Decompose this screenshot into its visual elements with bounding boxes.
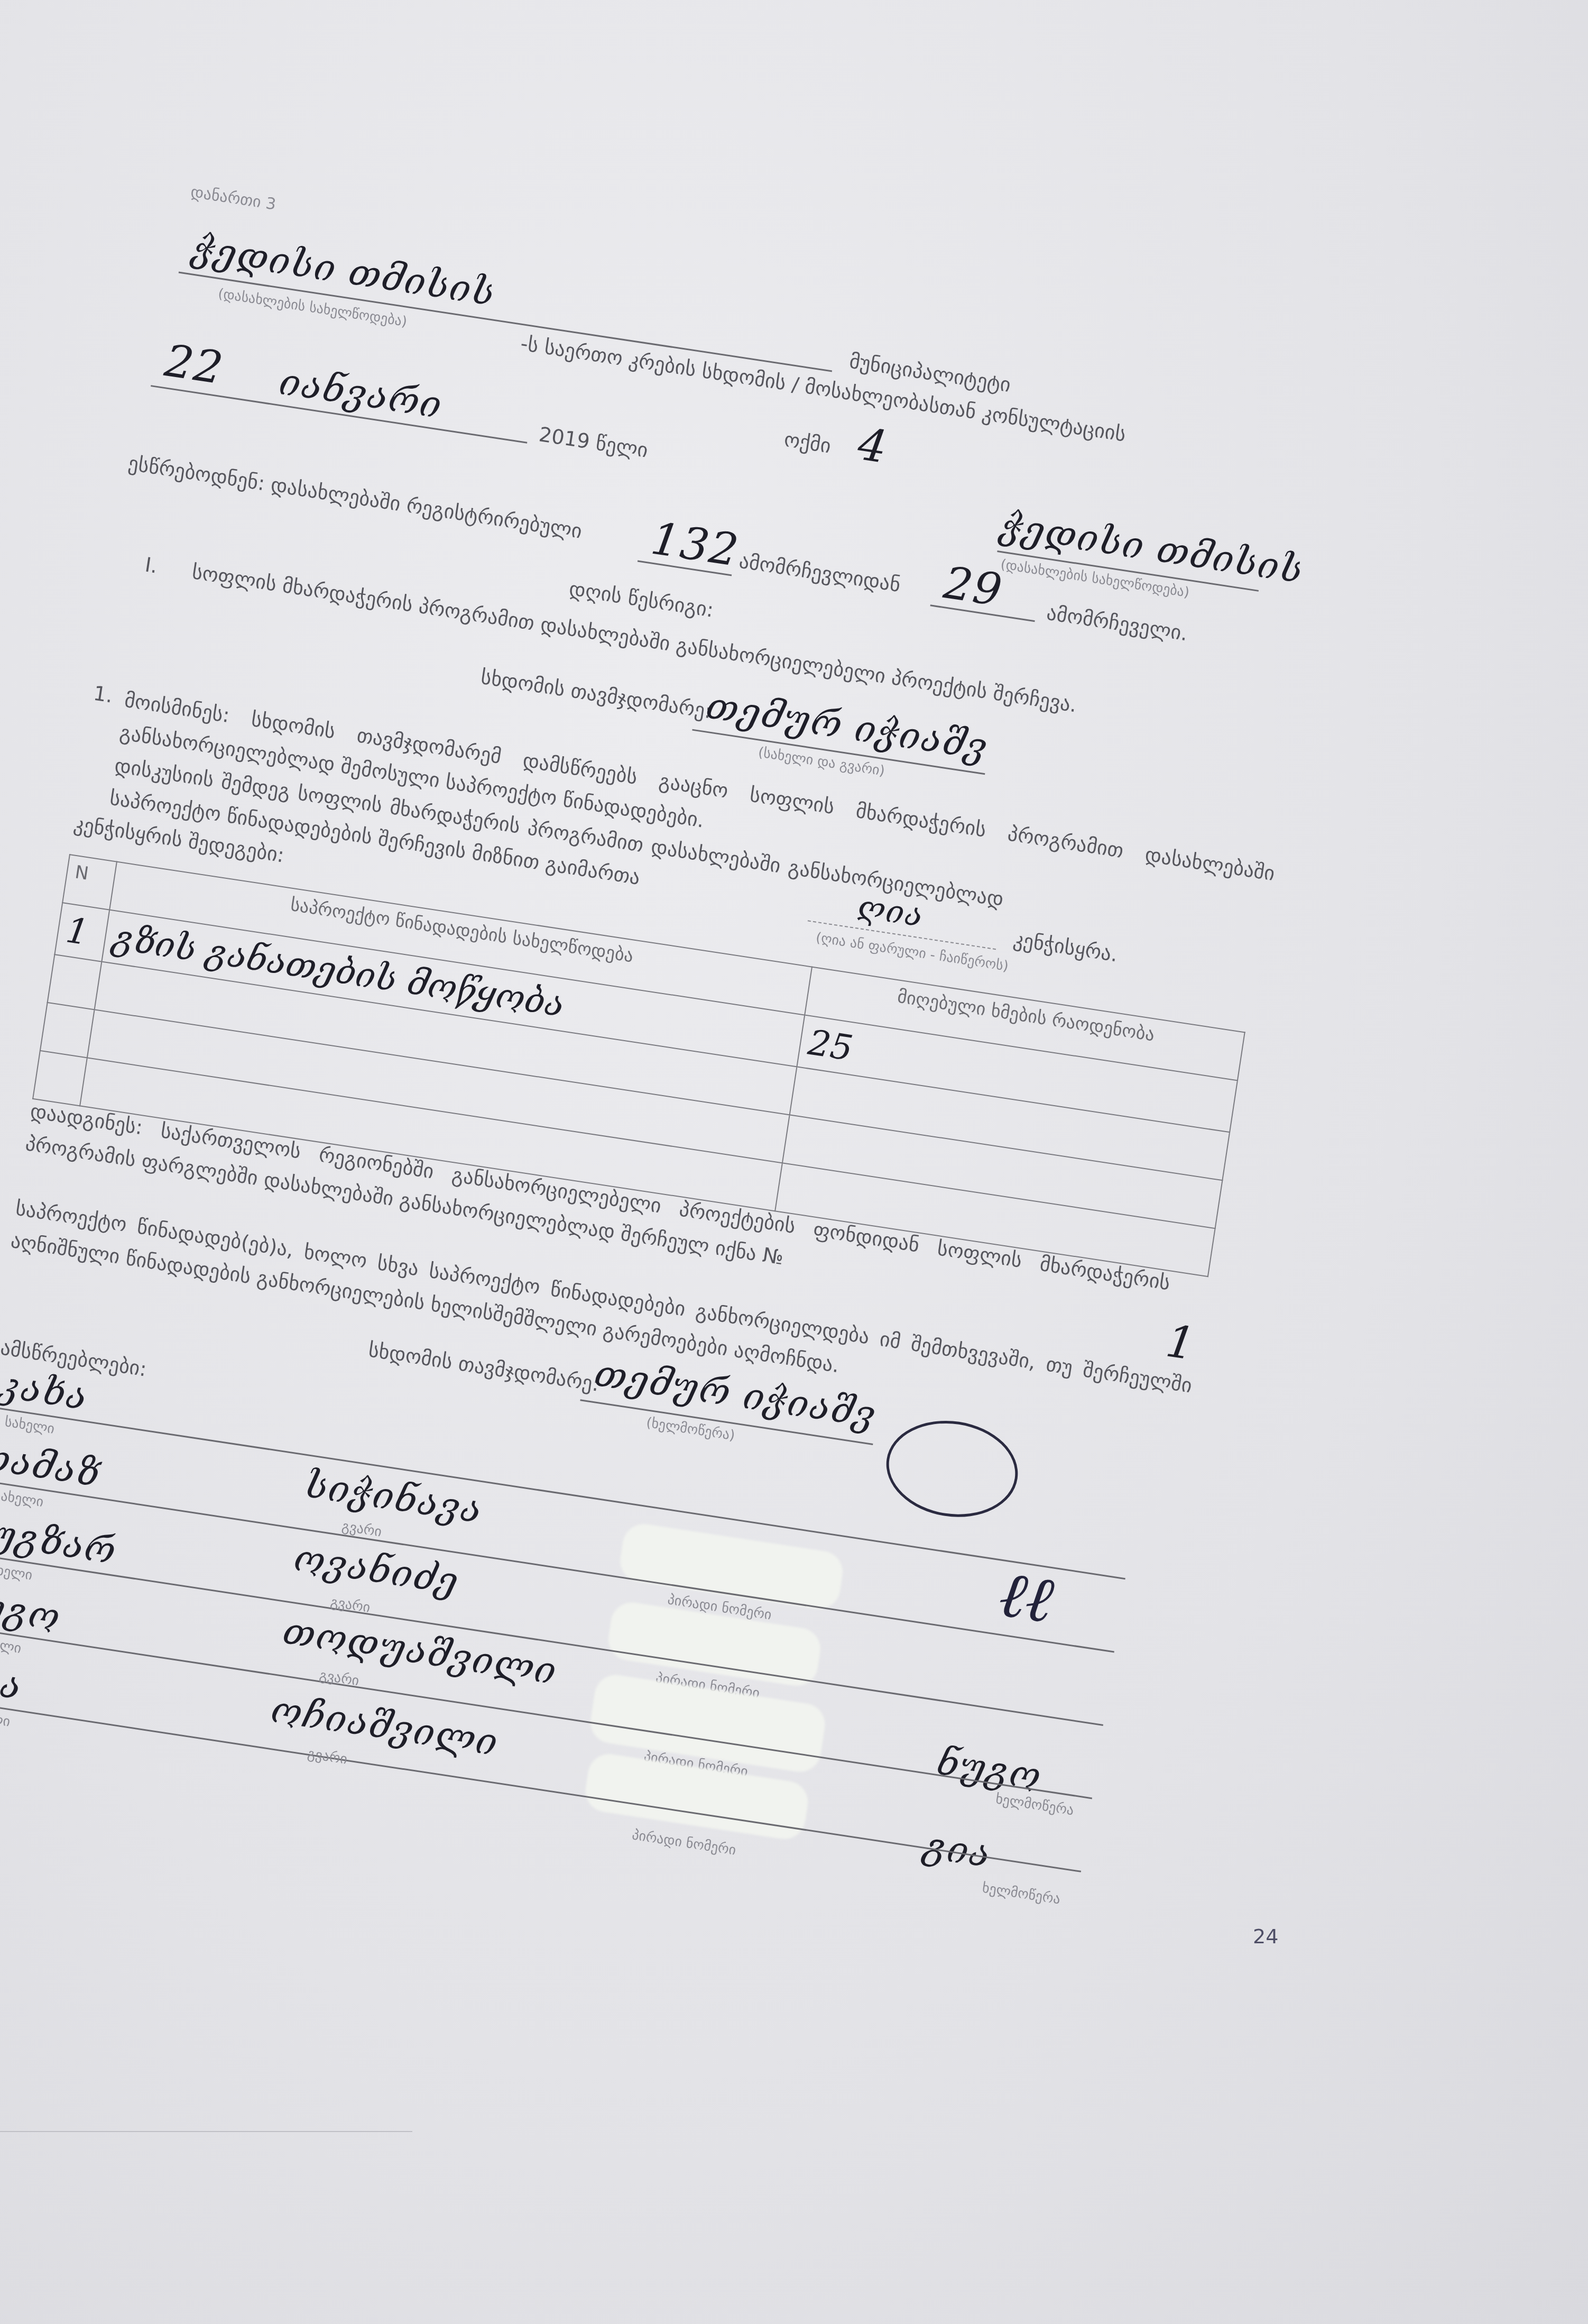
witness-first-name: ნუგზარ xyxy=(0,1508,119,1573)
witness-signature: ნუგო xyxy=(934,1740,1045,1798)
witness-row-line xyxy=(0,1550,1103,1726)
last-name-caption: გვარი xyxy=(329,1594,371,1616)
protocol-page: დანართი 3 ჭედისი თმისის მუნიციპალიტეტი (… xyxy=(0,159,1377,2171)
witness-last-name: სიჭინავა xyxy=(302,1463,485,1532)
photographed-sheet: დანართი 3 ჭედისი თმისის მუნიციპალიტეტი (… xyxy=(0,0,1588,2324)
personal-id-caption: პირადი ნომერი xyxy=(631,1827,737,1858)
row-n: 1 xyxy=(54,903,109,961)
scan-edge-line xyxy=(0,2131,412,2132)
witness-first-name: გია xyxy=(0,1656,25,1708)
attendance-suffix: ამომრჩეველი. xyxy=(1045,601,1189,646)
registered-voters: 132 xyxy=(648,512,743,577)
meeting-type: -ს საერთო კრების სხდომის / მოსახლეობასთა… xyxy=(519,332,1128,446)
settlement-underline xyxy=(179,272,832,372)
signature-caption: ხელმოწერა xyxy=(981,1880,1061,1907)
witness-signature: გია xyxy=(921,1824,994,1877)
last-name-caption: გვარი xyxy=(318,1667,360,1689)
last-name-caption: გვარი xyxy=(341,1519,383,1540)
chair-label: სხდომის თავმჯდომარე: xyxy=(479,665,714,723)
first-name-caption: სახელი xyxy=(0,1633,22,1657)
attendance-label: ესწრებოდნენ: დასახლებაში რეგისტრირებული xyxy=(127,452,584,543)
witness-last-name: ოვანიძე xyxy=(291,1536,462,1603)
witness-row-line xyxy=(0,1697,1081,1872)
vote-suffix: კენჭისყრა. xyxy=(1012,927,1119,966)
protocol-number: 4 xyxy=(855,418,891,473)
first-name-caption: სახელი xyxy=(0,1487,44,1510)
agenda-item-number: I. xyxy=(143,553,159,578)
chair-signature-caption: (ხელმოწერა) xyxy=(645,1415,736,1444)
attendance-middle: ამომრჩევლიდან xyxy=(737,549,902,597)
first-name-caption: სახელი xyxy=(0,1560,33,1584)
col-n: N xyxy=(62,855,117,910)
first-name-caption: სახელი xyxy=(4,1414,56,1437)
stamp-seal xyxy=(880,1412,1024,1526)
page-number: 24 xyxy=(1253,1925,1278,1948)
date-year-label: 2019 წელი xyxy=(538,422,650,462)
protocol-label: ოქმი xyxy=(782,428,832,458)
last-name-caption: გვარი xyxy=(307,1746,348,1768)
selected-project-number: 1 xyxy=(1163,1315,1199,1370)
redacted-personal-id xyxy=(617,1521,846,1612)
date-day: 22 xyxy=(162,334,227,394)
witness-signature: ℓℓ xyxy=(994,1557,1058,1638)
agenda-title: დღის წესრიგი: xyxy=(568,577,715,622)
chair-signature-label: სხდომის თავმჯდომარე: xyxy=(367,1338,601,1396)
witness-first-name: ნუგო xyxy=(0,1581,63,1639)
hearing-number: 1. xyxy=(92,682,114,708)
annex-label: დანართი 3 xyxy=(189,183,277,214)
